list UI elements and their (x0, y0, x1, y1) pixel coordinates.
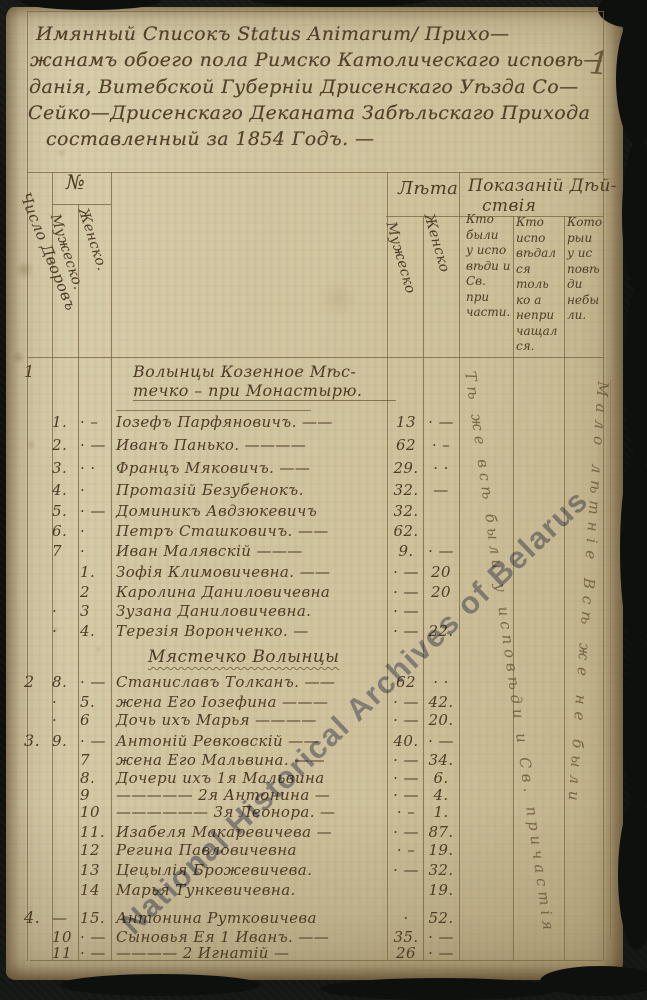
cell-entry-number-female: · — (80, 435, 114, 455)
table-rule (52, 204, 111, 205)
cell-age-female: 42. (424, 692, 458, 712)
cell-entry-number-female: · (80, 541, 114, 561)
col-header-text-line: небы (567, 293, 605, 309)
cell-person-name: Терезія Воронченко. — (116, 621, 388, 641)
col-header-text-line: повѣ (567, 262, 605, 278)
cell-age-male: · — (389, 710, 423, 730)
cell-age-male: 32. (389, 480, 423, 500)
cell-entry-number-male: 1. (52, 412, 80, 432)
cell-household-number: 3. (24, 731, 52, 751)
cell-age-female: 32. (424, 860, 458, 880)
table-row: ·3Зузана Даниловичевна.· — (0, 601, 647, 621)
col-header-text-line: Св. при (466, 274, 512, 305)
cell-entry-number-female: 10 (80, 802, 114, 822)
table-row: 2Каролина Даниловичевна· —20 (0, 582, 647, 602)
col-header-text-line: у испо (466, 243, 512, 259)
table-row: 11.Изабеля Макаревичева —· —87. (0, 822, 647, 842)
cell-person-name: Иванъ Панько. ———— (116, 435, 388, 455)
table-row: ·5.жена Его Іозефина ———· —42. (0, 692, 647, 712)
cell-person-name: Доминикъ Авдзюкевичъ (116, 501, 388, 521)
col-header-confessed: Ктобылиу исповѣди иСв. причасти. (466, 212, 512, 321)
cell-entry-number-male: 6. (52, 521, 80, 541)
cell-age-male: · — (389, 562, 423, 582)
table-rule (116, 410, 311, 411)
page-number: 1 (588, 43, 611, 82)
cell-entry-number-female: · — (80, 672, 114, 692)
col-header-number: № (66, 170, 85, 194)
table-row: 12Регина Павловичевна· –19. (0, 840, 647, 860)
col-header-text-line: Кто (516, 215, 562, 231)
table-rule (27, 357, 604, 358)
cell-person-name: Францъ Мяковичъ. —— (116, 458, 388, 478)
cell-person-name: Зузана Даниловичевна. (116, 601, 388, 621)
title-line: жанамъ обоего пола Римско Католическаго … (30, 48, 603, 72)
title-line: данія, Витебской Губерніи Дрисенскаго Уѣ… (29, 75, 579, 99)
cell-entry-number-female: 1. (80, 562, 114, 582)
cell-age-male: 26 (389, 943, 423, 963)
cell-entry-number-male: 3. (52, 458, 80, 478)
torn-edge (320, 978, 560, 1000)
cell-entry-number-female: · (80, 521, 114, 541)
col-header-text-line: ся толь (516, 262, 562, 293)
cell-age-male: 62. (389, 521, 423, 541)
col-header-text-line: части. (466, 305, 512, 321)
cell-age-male: 32. (389, 501, 423, 521)
cell-person-name: Каролина Даниловичевна (116, 582, 388, 602)
torn-edge (60, 974, 260, 996)
cell-age-male: 62 (389, 435, 423, 455)
cell-entry-number-female: · (80, 480, 114, 500)
cell-entry-number-male: 2. (52, 435, 80, 455)
cell-person-name: ———— 2 Игнатій — (116, 943, 388, 963)
cell-age-female: 34. (424, 750, 458, 770)
col-header-text-line: чащал (516, 324, 562, 340)
col-header-text-line: ди (567, 277, 605, 293)
cell-entry-number-female: · — (80, 501, 114, 521)
col-header-text-line: испо (516, 231, 562, 247)
cell-age-female: · · (424, 458, 458, 478)
cell-age-male: 13 (389, 412, 423, 432)
col-header-text-line: вѣди и (466, 259, 512, 275)
col-header-text-line: Кото (567, 215, 605, 231)
cell-person-name: Зофія Климовичевна. —— (116, 562, 388, 582)
cell-entry-number-female: · — (80, 731, 114, 751)
table-row: 3.· ·Францъ Мяковичъ. ——29.· · (0, 458, 647, 478)
cell-entry-number-male: 9. (52, 731, 80, 751)
cell-entry-number-male: — (52, 908, 80, 928)
col-header-text-line: были (466, 228, 512, 244)
title-line: Имянный Списокъ Status Animarum/ Прихо— (36, 22, 509, 46)
cell-person-name: Іозефъ Парфяновичъ. —— (116, 412, 388, 432)
title-line: Сейко—Дрисенскаго Деканата Забѣльскаго П… (28, 101, 590, 125)
cell-age-female: 52. (424, 908, 458, 928)
cell-age-male: 40. (389, 731, 423, 751)
cell-age-male: · – (389, 802, 423, 822)
cell-entry-number-male: 7 (52, 541, 80, 561)
cell-entry-number-male: · (52, 692, 80, 712)
table-row: Мястечко Волынцы (0, 647, 647, 667)
cell-entry-number-male: · (52, 710, 80, 730)
cell-entry-number-male: 4. (52, 480, 80, 500)
cell-age-female: · – (424, 435, 458, 455)
col-header-text-line: у ис (567, 246, 605, 262)
cell-age-female: · — (424, 943, 458, 963)
cell-age-male: 9. (389, 541, 423, 561)
col-header-text-line: непри (516, 308, 562, 324)
cell-entry-number-female: 11. (80, 822, 114, 842)
col-header-text-line: ко а (516, 293, 562, 309)
cell-entry-number-female: · — (80, 943, 114, 963)
section-heading-line: Волынцы Козенное Мѣс- (133, 362, 396, 381)
table-rule (27, 172, 604, 173)
torn-edge (250, 0, 430, 7)
cell-age-female: · · (424, 672, 458, 692)
col-header-text-line: Кто (466, 212, 512, 228)
cell-age-male: · (389, 908, 423, 928)
cell-person-name: Петръ Сташковичъ. —— (116, 521, 388, 541)
cell-entry-number-female: 4. (80, 621, 114, 641)
table-row: 10—————— 3я Леонора. —· –1. (0, 802, 647, 822)
cell-entry-number-female: · – (80, 412, 114, 432)
cell-age-male: · — (389, 822, 423, 842)
col-header-age-group: Лѣта (398, 178, 458, 199)
table-row: 28.· —Станиславъ Толканъ. ——62· · (0, 672, 647, 692)
cell-age-female: · — (424, 412, 458, 432)
cell-entry-number-female: 15. (80, 908, 114, 928)
table-row: ·4.Терезія Воронченко. —· —22. (0, 621, 647, 641)
col-header-testimony-line1: Показаній Дѣй- (468, 176, 617, 196)
torn-edge (622, 140, 647, 290)
cell-age-female: 20. (424, 710, 458, 730)
cell-age-male: · — (389, 601, 423, 621)
cell-entry-number-female: · · (80, 458, 114, 478)
cell-age-female: 19. (424, 840, 458, 860)
table-row: 1Волынцы Козенное Мѣс-течко – при Монаст… (0, 362, 647, 382)
cell-age-female: 20 (424, 562, 458, 582)
cell-entry-number-female: 12 (80, 840, 114, 860)
cell-age-male: · — (389, 750, 423, 770)
cell-entry-number-male: · (52, 601, 80, 621)
col-header-not-confessed: Которыиу исповѣдинебыли. (567, 215, 605, 324)
document-scan: Имянный Списокъ Status Animarum/ Прихо— … (0, 0, 647, 1000)
cell-household-number: 2 (24, 672, 52, 692)
cell-entry-number-female: 13 (80, 860, 114, 880)
col-header-text-line: ли. (567, 308, 605, 324)
col-header-testimony: Показаній Дѣй- ствія (468, 176, 617, 216)
cell-entry-number-female: 3 (80, 601, 114, 621)
cell-person-name: Станиславъ Толканъ. —— (116, 672, 388, 692)
cell-household-number: 1 (24, 362, 52, 382)
cell-person-name: Иван Малявскій ——— (116, 541, 388, 561)
cell-age-male: · – (389, 840, 423, 860)
cell-entry-number-male: · (52, 621, 80, 641)
table-row: 1.· –Іозефъ Парфяновичъ. ——13· — (0, 412, 647, 432)
cell-entry-number-female: 14 (80, 880, 114, 900)
cell-age-female: · — (424, 731, 458, 751)
cell-age-female: · — (424, 541, 458, 561)
cell-entry-number-female: 5. (80, 692, 114, 712)
cell-entry-number-female: 6 (80, 710, 114, 730)
cell-entry-number-female: 7 (80, 750, 114, 770)
cell-age-female: 19. (424, 880, 458, 900)
table-row: 2.· —Иванъ Панько. ————62· – (0, 435, 647, 455)
cell-age-female: — (424, 480, 458, 500)
table-row: 4.·Протазій Безубенокъ.32.— (0, 480, 647, 500)
cell-entry-number-female: 2 (80, 582, 114, 602)
cell-age-male: · — (389, 860, 423, 880)
cell-entry-number-male: 11 (52, 943, 80, 963)
cell-person-name: Протазій Безубенокъ. (116, 480, 388, 500)
cell-age-female: 1. (424, 802, 458, 822)
col-header-confessed-only: Ктоисповѣдался только анепричащался. (516, 215, 562, 355)
title-line: составленный за 1854 Годъ. — (46, 127, 374, 151)
col-header-text-line: вѣдал (516, 246, 562, 262)
cell-person-name: жена Его Мальвина. —— (116, 750, 388, 770)
table-row: 1.Зофія Климовичевна. ——· —20 (0, 562, 647, 582)
cell-age-male: · — (389, 582, 423, 602)
cell-household-number: 4. (24, 908, 52, 928)
table-rule (27, 11, 604, 12)
col-header-text-line: рыи (567, 231, 605, 247)
table-row: 11· ————— 2 Игнатій —26· — (0, 943, 647, 963)
cell-person-name: Регина Павловичевна (116, 840, 388, 860)
cell-entry-number-male: 5. (52, 501, 80, 521)
section-heading: Волынцы Козенное Мѣс-течко – при Монасты… (133, 362, 396, 401)
section-heading: Мястечко Волынцы (148, 647, 339, 667)
section-heading-line: течко – при Монастырю. (133, 381, 396, 401)
col-header-text-line: ся. (516, 339, 562, 355)
cell-age-male: 29. (389, 458, 423, 478)
cell-age-female: 87. (424, 822, 458, 842)
cell-entry-number-male: 8. (52, 672, 80, 692)
